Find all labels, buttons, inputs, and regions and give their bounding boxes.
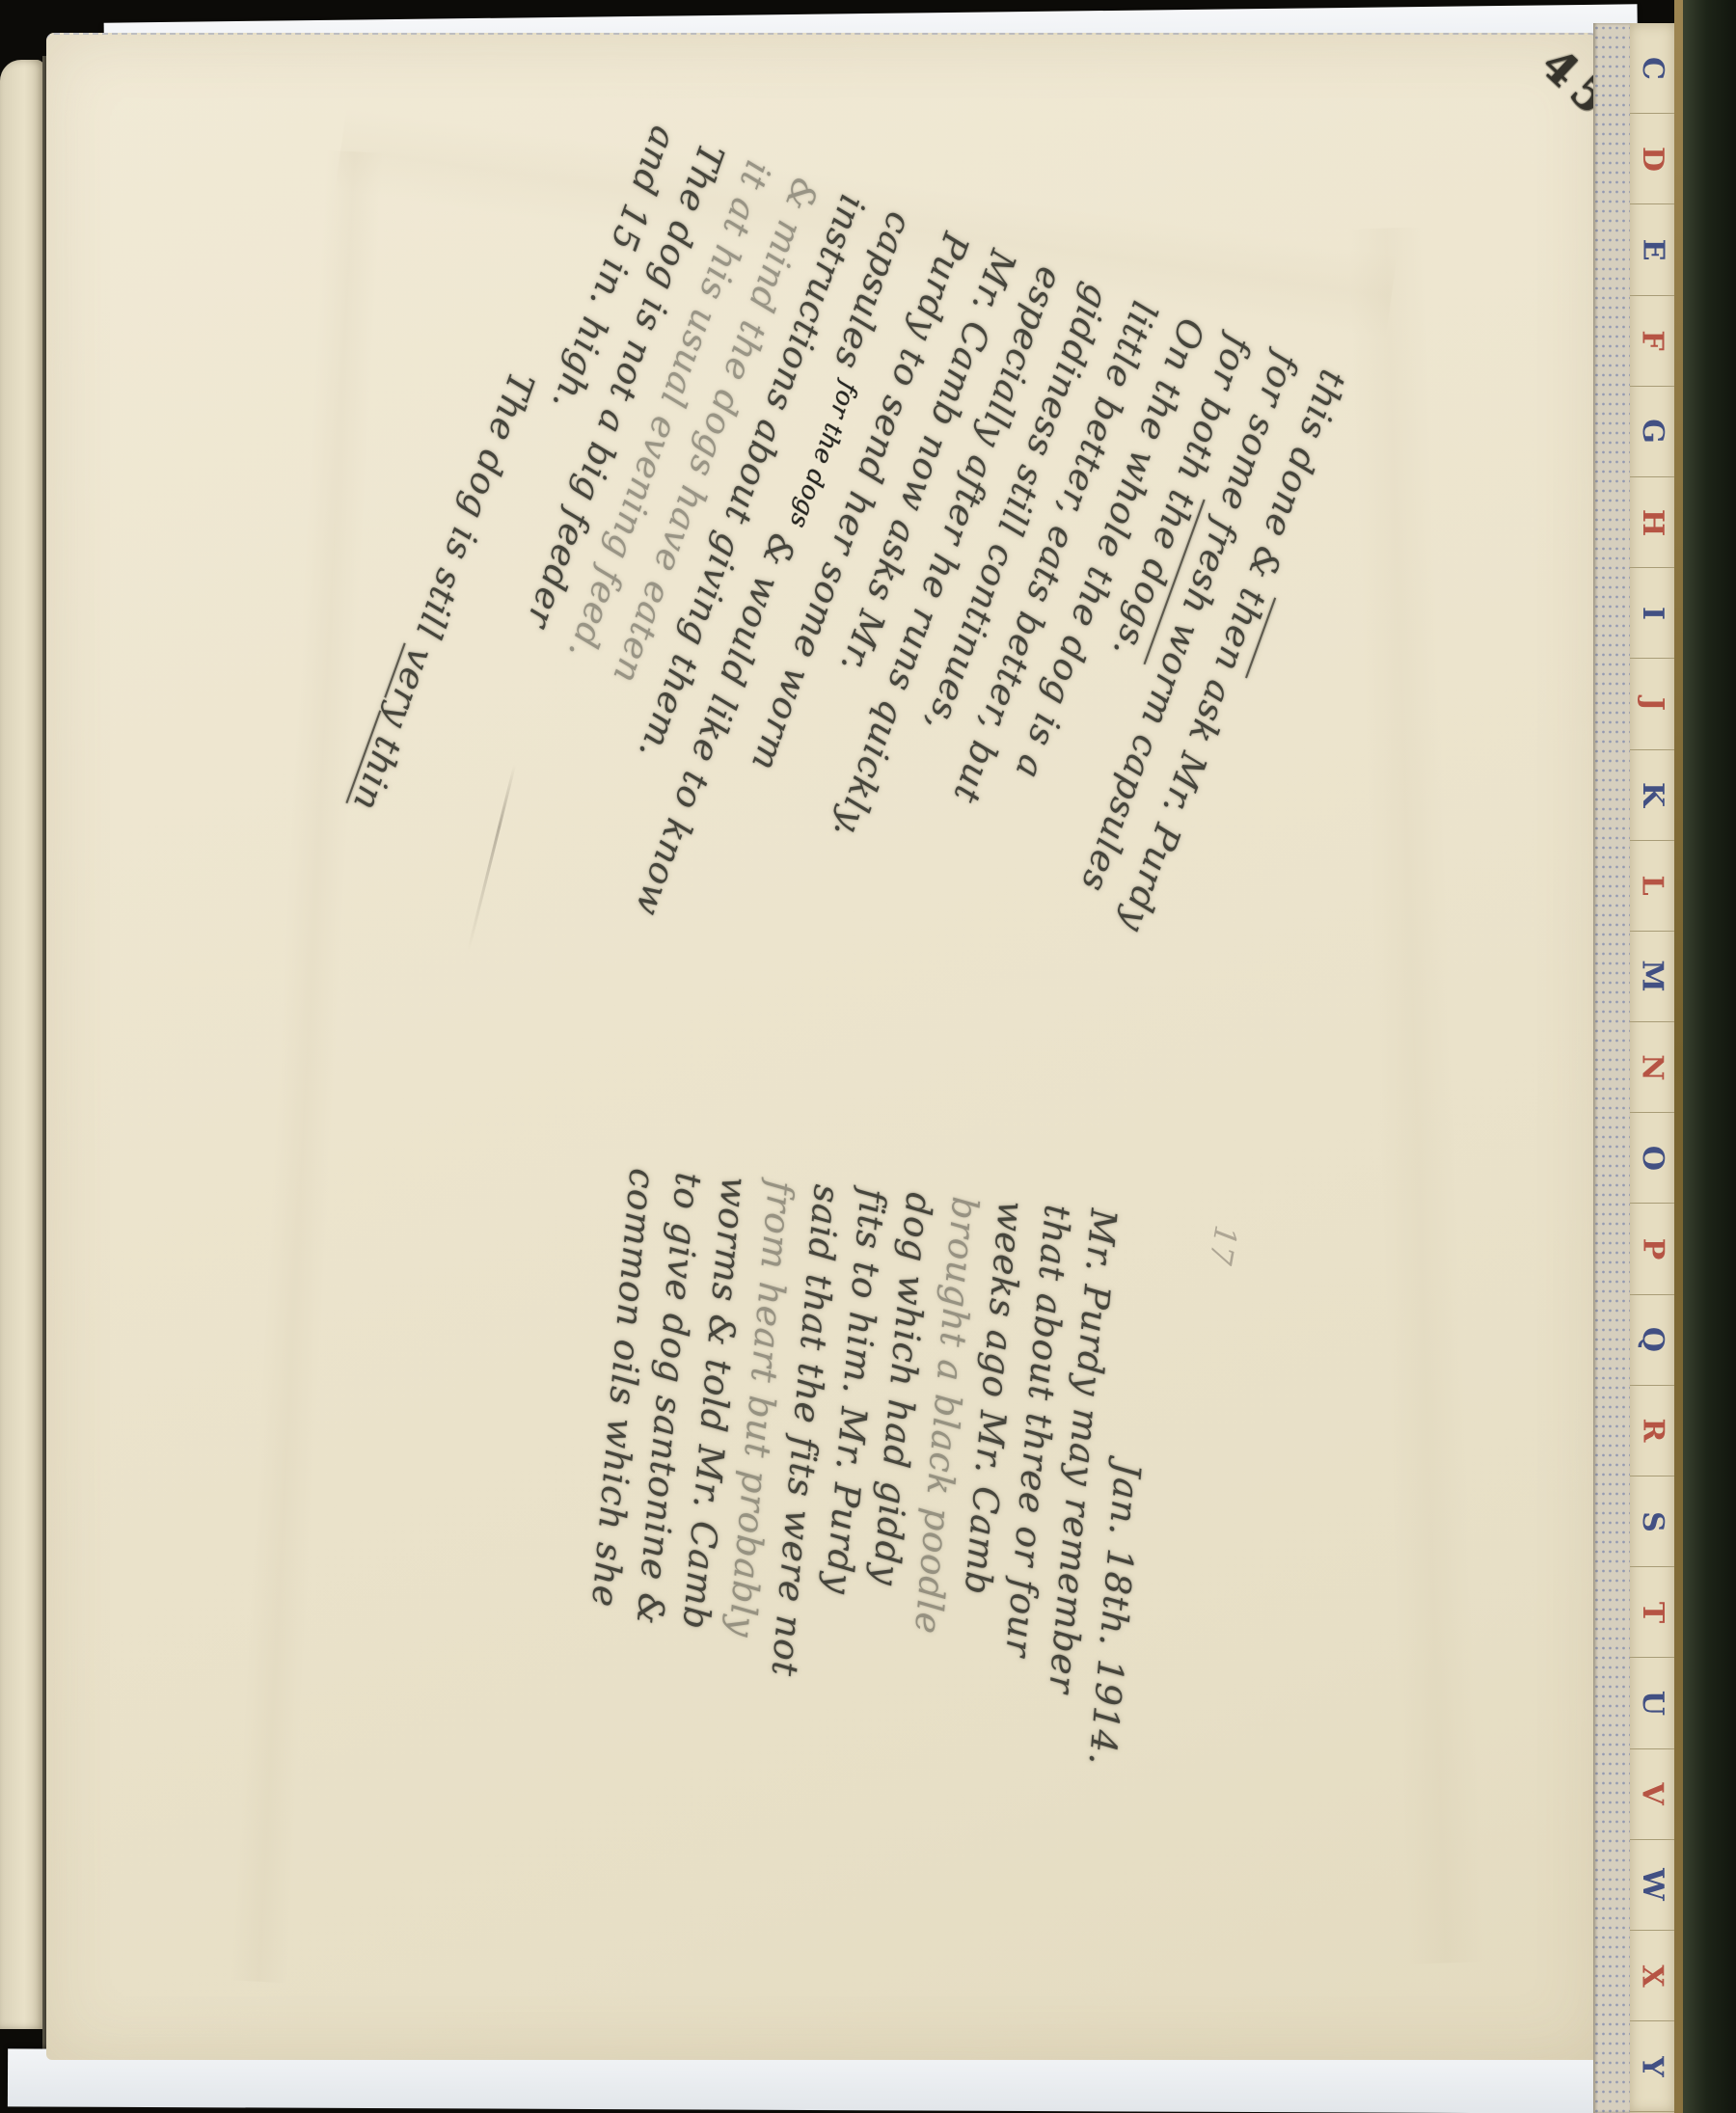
index-tab-letter: W [1638,1868,1667,1901]
index-tab-j: J [1630,659,1674,749]
cover-gold-rule [1674,0,1683,2113]
letter-start-jan-18-1914: Jan. 18th. 1914.Mr. Purdy may rememberth… [544,1167,1172,2071]
index-tab-letter: P [1638,1238,1667,1260]
index-tab-letter: D [1638,147,1667,172]
index-tab-r: R [1630,1386,1674,1476]
paper-crease [1347,227,1485,1964]
index-tab-o: O [1630,1113,1674,1204]
index-tab-s: S [1630,1476,1674,1567]
index-tab-x: X [1630,1931,1674,2021]
photographed-letterbook-page: this done & then ask Mr. Purdyfor some f… [0,0,1736,2113]
index-tab-letter: E [1638,239,1667,261]
index-tab-d: D [1630,114,1674,204]
paper-crease [230,150,383,1984]
index-tab-g: G [1630,387,1674,477]
index-tab-letter: R [1638,1419,1667,1443]
index-tab-letter: K [1638,782,1667,807]
index-tab-f: F [1630,296,1674,387]
index-tab-letter: G [1638,420,1667,445]
index-tab-letter: H [1638,508,1667,535]
index-tab-i: I [1630,568,1674,659]
index-tab-letter: L [1638,876,1667,896]
index-tab-letter: U [1638,1691,1667,1716]
index-tab-letter: F [1638,331,1667,351]
index-tab-letter: N [1638,1054,1667,1080]
index-tab-letter: I [1638,607,1667,620]
index-tab-letter: X [1638,1964,1667,1987]
index-tab-letter: V [1638,1783,1667,1805]
index-tab-p: P [1630,1204,1674,1294]
left-page-edges [0,60,44,2029]
alphabet-index-tabs: CDEFGHIJKLMNOPQRSTUVWXY [1630,23,1674,2113]
index-tab-w: W [1630,1840,1674,1931]
index-tab-u: U [1630,1658,1674,1748]
index-tab-letter: C [1638,57,1667,80]
index-tab-n: N [1630,1022,1674,1113]
index-tab-t: T [1630,1567,1674,1658]
index-tab-v: V [1630,1749,1674,1840]
index-tab-m: M [1630,932,1674,1022]
index-tab-letter: T [1638,1602,1667,1623]
index-tab-letter: J [1638,697,1667,711]
index-tab-letter: Y [1638,2056,1667,2076]
index-tab-y: Y [1630,2021,1674,2112]
index-tab-k: K [1630,750,1674,841]
speckled-fore-edge [1593,23,1630,2113]
pencil-annotation: 17 [1202,1223,1244,1268]
index-tab-letter: O [1638,1146,1667,1171]
index-tab-e: E [1630,204,1674,295]
index-tab-h: H [1630,477,1674,568]
index-tab-letter: Q [1638,1327,1667,1352]
index-tab-letter: S [1638,1511,1667,1532]
index-tab-l: L [1630,841,1674,932]
index-tab-letter: M [1638,961,1667,992]
index-tab-c: C [1630,23,1674,114]
index-tab-q: Q [1630,1295,1674,1386]
book-cover [1683,0,1736,2113]
